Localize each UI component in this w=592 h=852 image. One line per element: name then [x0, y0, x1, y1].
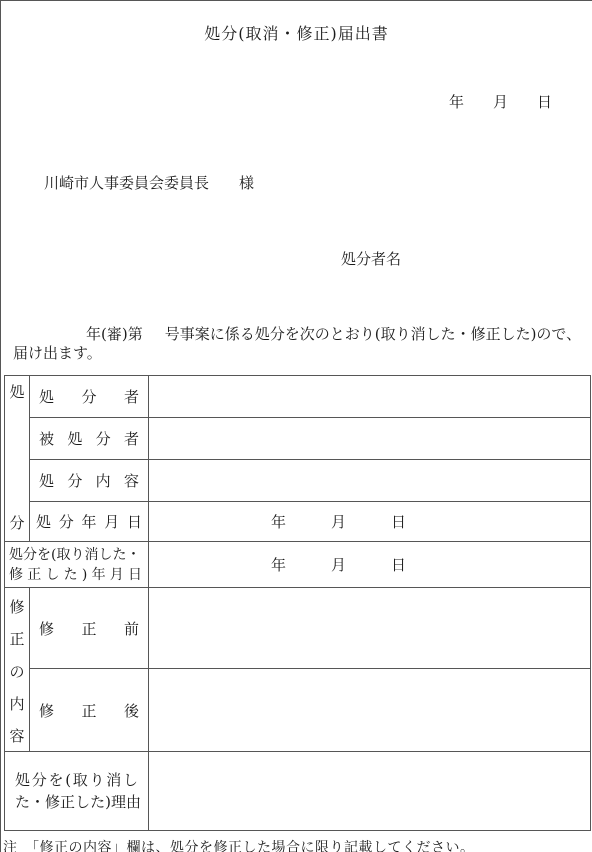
cancel-date-ymd: 年月日 [149, 554, 590, 575]
group-label-disposition: 処分 [5, 381, 29, 533]
body-paragraph: 年(審)第号事案に係る処分を次のとおり(取り消した・修正した)ので、 届け出ます… [13, 325, 589, 363]
group-label-correction: 修正の内容 [5, 596, 29, 746]
label-before-cell: 修正前 [30, 588, 149, 669]
value-before-cell [149, 588, 591, 669]
row-before-correction: 修正の内容 修正前 [5, 588, 591, 669]
page-title: 処分(取消・修正)届出書 [1, 21, 592, 44]
label-content: 処分内容 [30, 470, 148, 491]
label-disposition-date-cell: 処分年月日 [30, 502, 149, 542]
label-disposer: 処分者 [30, 386, 148, 407]
value-cancel-date-cell: 年月日 [149, 542, 591, 588]
case-year-prefix: 年(審)第 [86, 325, 143, 343]
row-reason: 処分を(取り消し た・修正した)理由 [5, 752, 591, 831]
group-label-disposition-cell: 処分 [5, 376, 30, 542]
label-cancel-date-cell: 処分を(取り消した・ 修正した)年月日 [5, 542, 149, 588]
value-reason-cell [149, 752, 591, 831]
row-after-correction: 修正後 [5, 669, 591, 752]
body-line-2: 届け出ます。 [13, 344, 589, 363]
label-disposed: 被処分者 [30, 428, 148, 449]
label-after: 修正後 [30, 700, 148, 721]
label-reason-cell: 処分を(取り消し た・修正した)理由 [5, 752, 149, 831]
label-disposer-cell: 処分者 [30, 376, 149, 418]
group-label-correction-cell: 修正の内容 [5, 588, 30, 752]
body-line-1-text: 号事案に係る処分を次のとおり(取り消した・修正した)ので、 [165, 325, 581, 343]
label-cancel-date-line2: 修正した)年月日 [5, 565, 148, 585]
disposition-notification-form: 処分(取消・修正)届出書 年月日 川崎市人事委員会委員長 様 処分者名 年(審)… [0, 0, 592, 852]
row-disposer: 処分 処分者 [5, 376, 591, 418]
value-disposed-cell [149, 418, 591, 460]
header-date-line: 年月日 [449, 91, 552, 112]
footnote: 注 「修正の内容」欄は、処分を修正した場合に限り記載してください。 [3, 837, 475, 852]
row-content: 処分内容 [5, 460, 591, 502]
form-table: 処分 処分者 被処分者 処分内容 処分年月日 年月日 [4, 375, 591, 831]
row-disposition-date: 処分年月日 年月日 [5, 502, 591, 542]
label-after-cell: 修正後 [30, 669, 149, 752]
label-disposition-date: 処分年月日 [30, 511, 148, 532]
label-reason-line1: 処分を(取り消し [5, 769, 148, 791]
value-disposition-date-cell: 年月日 [149, 502, 591, 542]
disposition-date-ymd: 年月日 [149, 511, 590, 532]
label-content-cell: 処分内容 [30, 460, 149, 502]
body-line-1: 年(審)第号事案に係る処分を次のとおり(取り消した・修正した)ので、 [86, 325, 589, 344]
value-after-cell [149, 669, 591, 752]
issuer-name-label: 処分者名 [341, 248, 401, 269]
label-cancel-date-line1: 処分を(取り消した・ [5, 545, 148, 565]
label-before: 修正前 [30, 618, 148, 639]
value-content-cell [149, 460, 591, 502]
label-reason-line2: た・修正した)理由 [5, 791, 148, 813]
value-disposer-cell [149, 376, 591, 418]
row-cancel-date: 処分を(取り消した・ 修正した)年月日 年月日 [5, 542, 591, 588]
row-disposed: 被処分者 [5, 418, 591, 460]
label-disposed-cell: 被処分者 [30, 418, 149, 460]
addressee-line: 川崎市人事委員会委員長 様 [44, 172, 254, 193]
